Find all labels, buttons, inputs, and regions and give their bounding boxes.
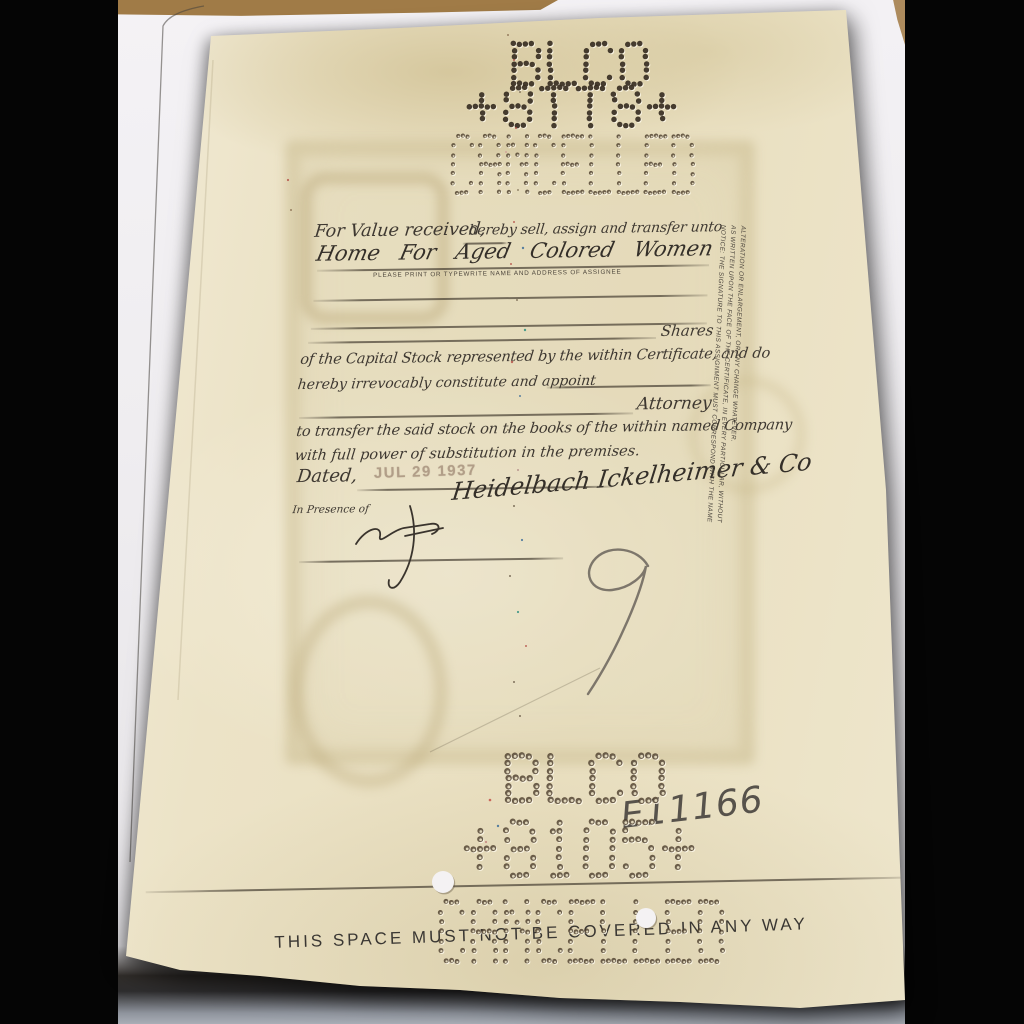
photo-of-stock-certificate-back: For Value received, hereby sell, assign … xyxy=(0,0,1024,1024)
blank-rule xyxy=(313,294,707,301)
capital-stock-line: of the Capital Stock represented by the … xyxy=(299,345,771,368)
shares-label: Shares xyxy=(660,321,715,340)
assignee-caption: PLEASE PRINT OR TYPEWRITE NAME AND ADDRE… xyxy=(373,269,617,279)
presence-label: In Presence of xyxy=(292,503,370,516)
attorney-rule xyxy=(299,412,633,418)
pencil-code: E11166 xyxy=(619,779,766,837)
attorney-label: Attorney xyxy=(636,393,713,414)
envelope-background: For Value received, hereby sell, assign … xyxy=(118,0,905,1024)
value-received-prefix: For Value received, xyxy=(313,219,487,241)
assignee-handwritten: Home For Aged Colored Women xyxy=(314,236,715,266)
bottom-rule xyxy=(146,877,906,893)
certificate-sheet: For Value received, hereby sell, assign … xyxy=(118,0,905,1024)
dated-label: Dated, xyxy=(296,465,359,487)
appoint-line: hereby irrevocably constitute and appoin… xyxy=(297,373,597,393)
bottom-notice: THIS SPACE MUST NOT BE COVERED IN ANY WA… xyxy=(274,915,792,953)
assignment-form: For Value received, hereby sell, assign … xyxy=(111,0,912,1024)
shares-rule xyxy=(308,337,656,343)
witness-rule xyxy=(299,557,563,562)
blank-rule xyxy=(311,322,707,329)
certificate-paper: For Value received, hereby sell, assign … xyxy=(118,0,905,1024)
